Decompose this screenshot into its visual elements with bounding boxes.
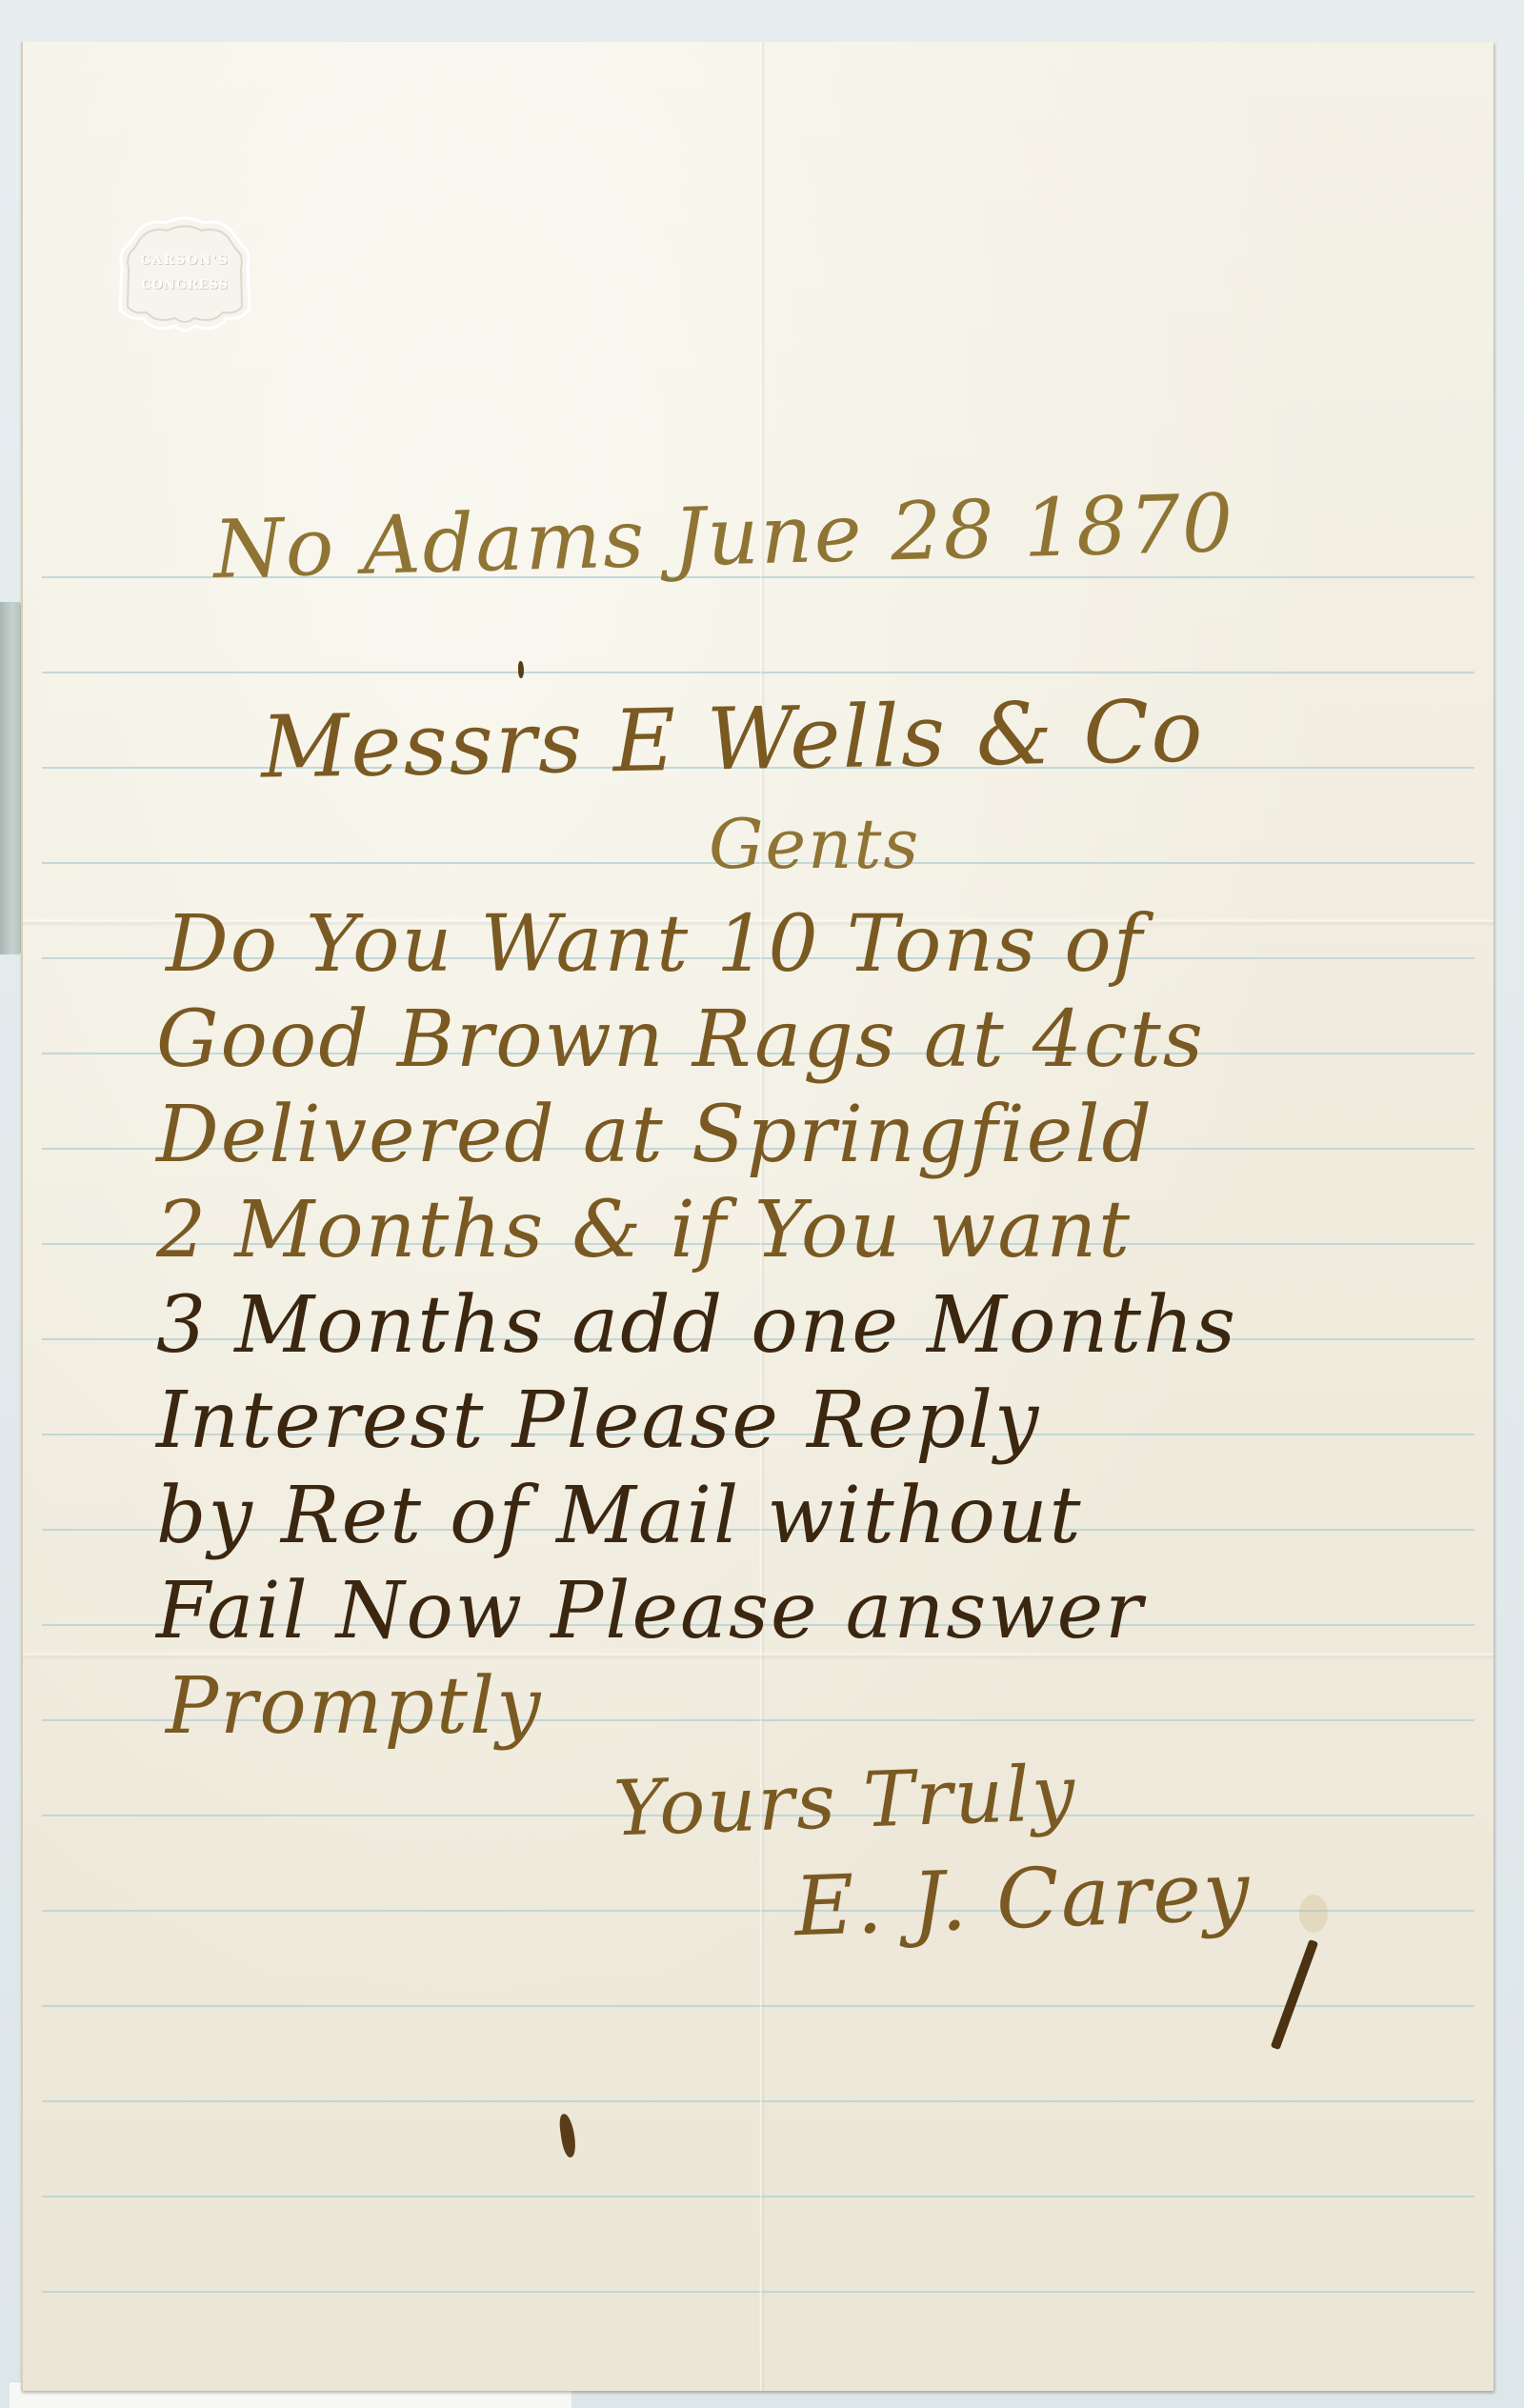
body-line-5: 3 Months add one Months [156, 1280, 1237, 1371]
body-line-7: by Ret of Mail without [156, 1471, 1083, 1561]
body-line-6: Interest Please Reply [156, 1375, 1040, 1466]
ruled-line [42, 2005, 1474, 2007]
emboss-line-1: CARSON'S [109, 253, 261, 268]
body-line-9: Promptly [166, 1661, 543, 1752]
body-line-1: Do You Want 10 Tons of [166, 899, 1144, 990]
ink-speck [518, 661, 524, 678]
body-line-2: Good Brown Rags at 4cts [156, 994, 1205, 1085]
ruled-line [42, 2100, 1474, 2102]
letter-sheet: CARSON'S CONGRESS No Adams June 28 1870 … [21, 42, 1494, 2391]
closing: Yours Truly [612, 1749, 1078, 1854]
emboss-line-2: CONGRESS [109, 278, 261, 292]
shield-emboss-icon [109, 213, 261, 339]
ruled-line [42, 2196, 1474, 2197]
ruled-line [42, 1910, 1474, 1912]
signature-flourish [1271, 1939, 1318, 2050]
body-line-3: Delivered at Springfield [156, 1090, 1153, 1180]
body-line-8: Fail Now Please answer [156, 1566, 1144, 1656]
addressee: Messrs E Wells & Co [260, 681, 1205, 797]
ink-blot [558, 2113, 577, 2158]
body-line-4: 2 Months & if You want [156, 1185, 1132, 1275]
embossed-stamp: CARSON'S CONGRESS [109, 213, 261, 339]
signature: E. J. Carey [792, 1844, 1253, 1956]
ruled-line [42, 2291, 1474, 2293]
salutation: Gents [709, 804, 920, 884]
binding-tab [0, 602, 21, 954]
ruled-line [42, 672, 1474, 673]
stain [1299, 1895, 1328, 1933]
dateline: No Adams June 28 1870 [212, 476, 1236, 596]
